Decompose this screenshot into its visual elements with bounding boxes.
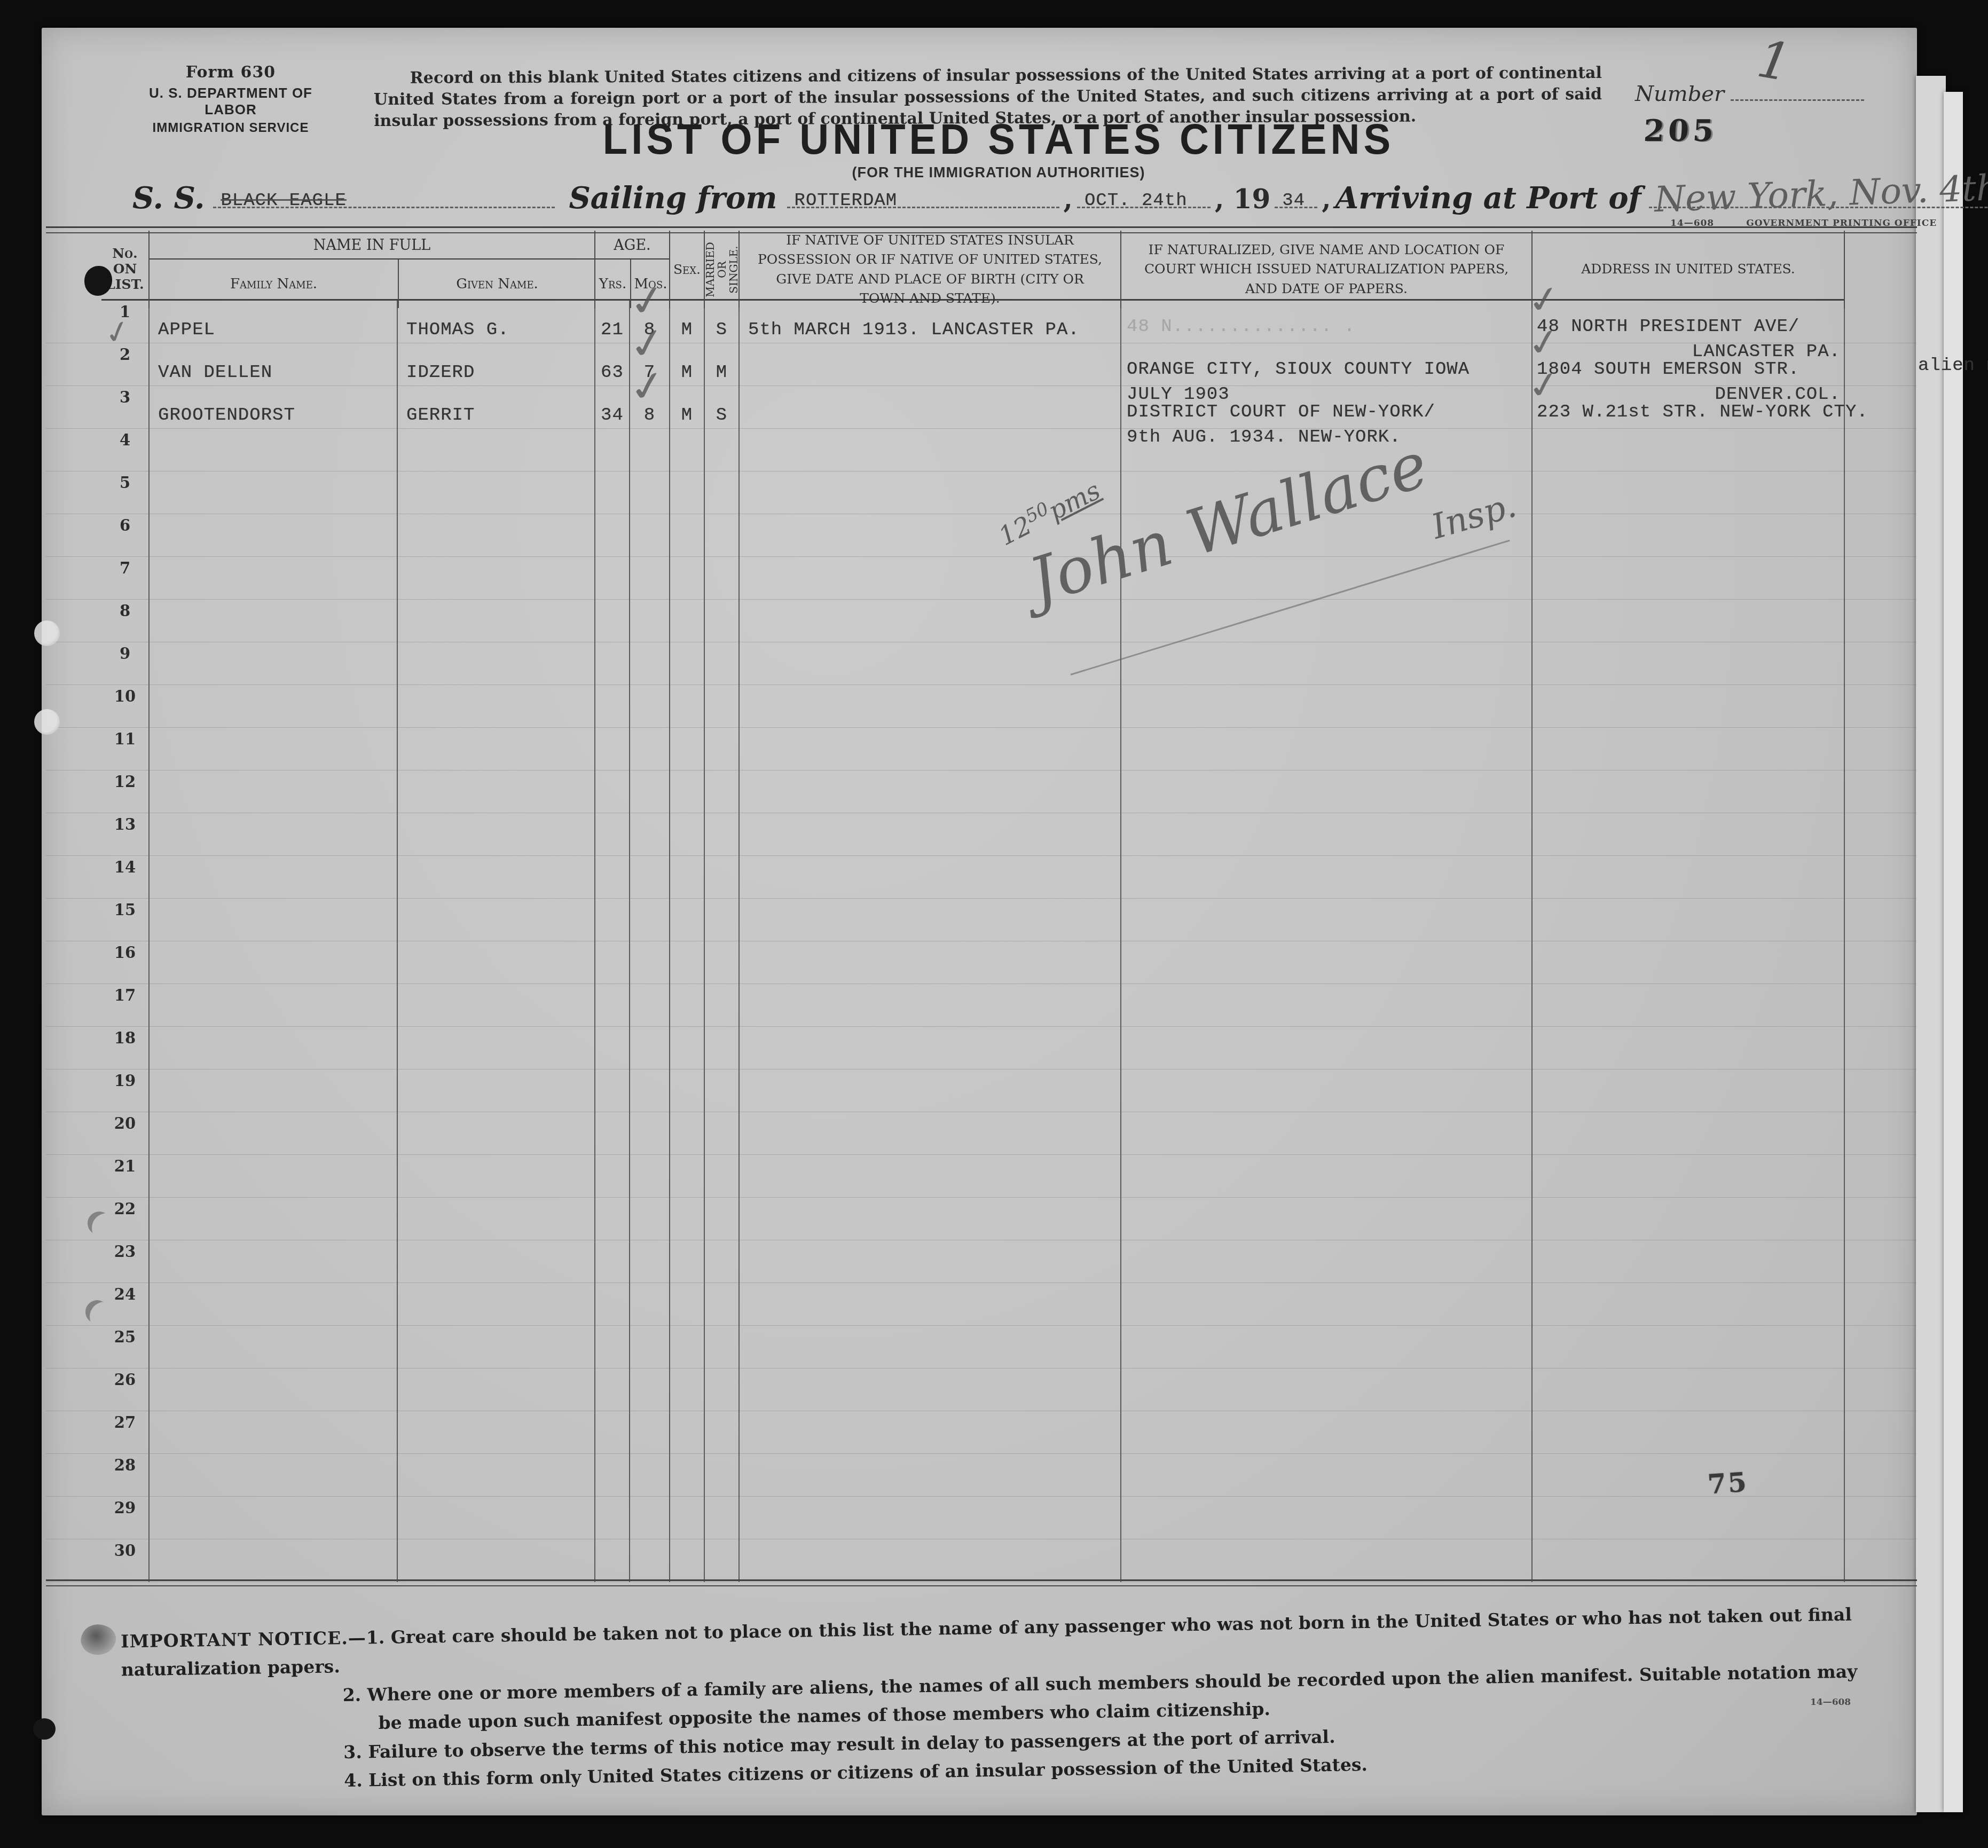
cell-given [398, 1112, 595, 1155]
cell-ms [705, 1369, 740, 1411]
cell-nat [1121, 1539, 1533, 1582]
row-number: 15 [101, 901, 148, 919]
cell-addr [1533, 1027, 1845, 1070]
cell-no: 30 [101, 1539, 150, 1582]
cell-given [398, 471, 595, 514]
cell-given [398, 642, 595, 685]
birth-value: 5th MARCH 1913. LANCASTER PA. [748, 320, 1080, 340]
cell-no: 19 [101, 1070, 150, 1112]
cell-addr: ✓48 NORTH PRESIDENT AVE/LANCASTER PA. [1533, 301, 1845, 343]
row-number: 10 [101, 687, 148, 705]
cell-ms [705, 1411, 740, 1454]
cell-birth [740, 856, 1121, 899]
cell-mos [630, 1070, 670, 1112]
cell-no: 28 [101, 1454, 150, 1497]
cell-family [150, 557, 398, 600]
row-number: 4 [101, 431, 148, 449]
cell-sex: M [670, 386, 705, 429]
header-age-group: AGE. Yrs. Mos. [595, 231, 670, 308]
cell-nat [1121, 984, 1533, 1027]
cell-nat: ORANGE CITY, SIOUX COUNTY IOWA JULY 1903 [1121, 343, 1533, 386]
cell-family: GROOTENDORST [150, 386, 398, 429]
header-name-in-full: NAME IN FULL [150, 231, 594, 259]
row-number: 6 [101, 516, 148, 534]
header-married-or-single: MARRIED OR SINGLE. [705, 231, 740, 308]
cell-birth: 5th MARCH 1913. LANCASTER PA. [740, 301, 1121, 343]
cell-ms [705, 1283, 740, 1326]
cell-addr [1533, 1454, 1845, 1497]
comma-2: , [1317, 183, 1335, 215]
cell-given [398, 1369, 595, 1411]
cell-sex [670, 813, 705, 856]
cell-mos [630, 1539, 670, 1582]
cell-birth [740, 685, 1121, 728]
header-naturalization: IF NATURALIZED, GIVE NAME AND LOCATION O… [1121, 231, 1533, 308]
cell-ms [705, 856, 740, 899]
table-row: 5 [101, 471, 1845, 514]
cell-mos [630, 1411, 670, 1454]
table-row: 1APPELTHOMAS G.218✓MS5th MARCH 1913. LAN… [101, 301, 1845, 343]
cell-mos: 8✓ [630, 386, 670, 429]
cell-no: 17 [101, 984, 150, 1027]
ship-name: BLACK EAGLE [221, 191, 346, 211]
cell-no: 11 [101, 728, 150, 770]
table-row: 29 [101, 1497, 1845, 1539]
cell-given [398, 1070, 595, 1112]
cell-mos [630, 514, 670, 557]
cell-mos: 8✓ [630, 301, 670, 343]
cell-family: APPEL [150, 301, 398, 343]
cell-addr [1533, 899, 1845, 941]
sex-value: M [670, 405, 704, 426]
cell-family [150, 941, 398, 984]
yrs-value: 34 [595, 405, 629, 426]
cell-addr [1533, 1497, 1845, 1539]
table-row: 21 [101, 1155, 1845, 1198]
cell-birth [740, 1539, 1121, 1582]
cell-given [398, 1240, 595, 1283]
header-sex: Sex. [670, 231, 705, 308]
cell-sex [670, 685, 705, 728]
cell-mos [630, 1283, 670, 1326]
cell-yrs [595, 1454, 630, 1497]
row-number: 12 [101, 773, 148, 791]
row-number: 13 [101, 815, 148, 833]
cell-ms [705, 899, 740, 941]
cell-nat [1121, 941, 1533, 984]
cell-family [150, 856, 398, 899]
next-page-text-fragment: alien m [1918, 357, 1966, 375]
cell-addr [1533, 984, 1845, 1027]
printing-office-code-bottom: 14—608 [1810, 1697, 1851, 1708]
table-row: 7 [101, 557, 1845, 600]
cell-sex [670, 1240, 705, 1283]
cell-family [150, 642, 398, 685]
cell-birth [740, 728, 1121, 770]
cell-no: 23 [101, 1240, 150, 1283]
cell-birth [740, 941, 1121, 984]
cell-yrs [595, 1112, 630, 1155]
cell-sex [670, 600, 705, 642]
cell-family [150, 514, 398, 557]
scanned-manifest-page: { "colors":{ "background":"#0c0c0c", "pa… [0, 0, 1988, 1848]
cell-sex [670, 1411, 705, 1454]
cell-ms [705, 1027, 740, 1070]
cell-sex [670, 1454, 705, 1497]
cell-ms [705, 1112, 740, 1155]
cell-nat [1121, 1070, 1533, 1112]
cell-yrs [595, 1283, 630, 1326]
cell-sex: M [670, 301, 705, 343]
ship-name-blank: BLACK EAGLE [213, 183, 555, 208]
table-row: 17 [101, 984, 1845, 1027]
cell-mos [630, 941, 670, 984]
cell-family [150, 471, 398, 514]
cell-birth [740, 429, 1121, 471]
table-row: 9 [101, 642, 1845, 685]
important-notice: IMPORTANT NOTICE.—1. Great care should b… [121, 1600, 1864, 1798]
year-prefix: , 19 [1211, 183, 1275, 215]
cell-no: 10 [101, 685, 150, 728]
table-row: 27 [101, 1411, 1845, 1454]
cell-addr [1533, 728, 1845, 770]
cell-no: 5 [101, 471, 150, 514]
comma: , [1059, 183, 1077, 215]
header-age: AGE. [595, 231, 669, 259]
service-name: IMMIGRATION SERVICE [135, 121, 327, 136]
row-number: 19 [101, 1072, 148, 1090]
cell-addr [1533, 1411, 1845, 1454]
page-title: LIST OF UNITED STATES CITIZENS [566, 115, 1431, 163]
cell-yrs [595, 471, 630, 514]
table-row: 26 [101, 1369, 1845, 1411]
punch-hole [34, 709, 60, 735]
given-value: GERRIT [406, 405, 475, 426]
cell-birth [740, 1326, 1121, 1369]
table-row: 15 [101, 899, 1845, 941]
cell-yrs [595, 1155, 630, 1198]
table-row: 16 [101, 941, 1845, 984]
cell-nat [1121, 1283, 1533, 1326]
cell-nat [1121, 642, 1533, 685]
cell-birth [740, 1454, 1121, 1497]
cell-given [398, 557, 595, 600]
cell-nat: 48 N.............. . [1121, 301, 1533, 343]
cell-addr [1533, 1326, 1845, 1369]
cell-given [398, 728, 595, 770]
cell-ms: S [705, 386, 740, 429]
cell-yrs [595, 1240, 630, 1283]
cell-birth [740, 1497, 1121, 1539]
cell-ms [705, 514, 740, 557]
cell-no: 26 [101, 1369, 150, 1411]
cell-ms [705, 600, 740, 642]
cell-addr [1533, 1240, 1845, 1283]
cell-nat [1121, 1112, 1533, 1155]
header-name-group: NAME IN FULL Family Name. Given Name. [150, 231, 595, 308]
cell-addr [1533, 1070, 1845, 1112]
row-number: 18 [101, 1029, 148, 1047]
row-number: 11 [101, 730, 148, 748]
cell-addr [1533, 685, 1845, 728]
number-label: Number [1635, 82, 1724, 106]
cell-no: 8 [101, 600, 150, 642]
sailing-year-blank: 34 [1275, 183, 1317, 208]
cell-addr [1533, 813, 1845, 856]
family-value: VAN DELLEN [158, 363, 272, 383]
cell-mos [630, 1497, 670, 1539]
row-number: 23 [101, 1243, 148, 1261]
cell-sex [670, 1369, 705, 1411]
naturalization-line: DISTRICT COURT OF NEW-YORK/ [1127, 400, 1528, 425]
page-subtitle: (FOR THE IMMIGRATION AUTHORITIES) [566, 164, 1431, 181]
cell-mos [630, 471, 670, 514]
table-row: 6 [101, 514, 1845, 557]
cell-addr [1533, 1539, 1845, 1582]
under-page-edge [1916, 76, 1946, 1812]
cell-family [150, 1027, 398, 1070]
cell-birth [740, 1155, 1121, 1198]
table-row: 23 [101, 1240, 1845, 1283]
cell-mos [630, 984, 670, 1027]
cell-yrs [595, 941, 630, 984]
family-value: APPEL [158, 320, 215, 340]
table-row: 20 [101, 1112, 1845, 1155]
mos-value: 8 [630, 320, 669, 340]
cell-addr [1533, 770, 1845, 813]
cell-addr [1533, 471, 1845, 514]
row-number: 24 [101, 1285, 148, 1303]
cell-yrs [595, 600, 630, 642]
table-row: 12 [101, 770, 1845, 813]
cell-yrs: 34 [595, 386, 630, 429]
cell-sex [670, 1283, 705, 1326]
cell-given [398, 600, 595, 642]
cell-sex [670, 941, 705, 984]
cell-family [150, 1411, 398, 1454]
cell-no: 27 [101, 1411, 150, 1454]
cell-mos [630, 1240, 670, 1283]
cell-given [398, 941, 595, 984]
cell-no: 4 [101, 429, 150, 471]
cell-sex [670, 471, 705, 514]
form-identification: Form 630 U. S. DEPARTMENT OF LABOR IMMIG… [135, 63, 327, 136]
cell-yrs [595, 642, 630, 685]
cell-family [150, 685, 398, 728]
naturalization-line: ORANGE CITY, SIOUX COUNTY IOWA [1127, 357, 1528, 382]
cell-nat [1121, 1497, 1533, 1539]
voyage-line: S. S. BLACK EAGLE Sailing from ROTTERDAM… [132, 180, 1988, 216]
cell-family [150, 899, 398, 941]
cell-birth [740, 813, 1121, 856]
cell-no: 15 [101, 899, 150, 941]
cell-addr [1533, 600, 1845, 642]
cell-yrs [595, 1411, 630, 1454]
punch-hole [92, 1213, 122, 1243]
cell-ms [705, 642, 740, 685]
cell-family [150, 1326, 398, 1369]
cell-ms [705, 1497, 740, 1539]
row-number: 16 [101, 943, 148, 962]
cell-sex [670, 1497, 705, 1539]
cell-no: 20 [101, 1112, 150, 1155]
cell-yrs [595, 429, 630, 471]
cell-family [150, 600, 398, 642]
sailing-date: OCT. 24th [1085, 191, 1188, 211]
cell-given [398, 984, 595, 1027]
cell-mos [630, 770, 670, 813]
cell-mos [630, 1454, 670, 1497]
yrs-value: 63 [595, 363, 629, 383]
cell-mos [630, 1027, 670, 1070]
row-number: 7 [101, 559, 148, 577]
sex-value: M [670, 363, 704, 383]
cell-nat [1121, 728, 1533, 770]
row-number: 5 [101, 474, 148, 492]
cell-addr [1533, 1112, 1845, 1155]
cell-given [398, 899, 595, 941]
cell-mos: 7✓ [630, 343, 670, 386]
arrival-blank: New York, Nov. 4th, 1934. [1649, 183, 1988, 208]
cell-family [150, 984, 398, 1027]
punch-hole [90, 1302, 120, 1332]
cell-mos [630, 728, 670, 770]
cell-given [398, 1454, 595, 1497]
table-row: 28 [101, 1454, 1845, 1497]
cell-sex [670, 429, 705, 471]
address-line: 1804 SOUTH EMERSON STR. [1537, 357, 1841, 382]
cell-no: 14 [101, 856, 150, 899]
table-body: 1APPELTHOMAS G.218✓MS5th MARCH 1913. LAN… [101, 301, 1845, 1582]
cell-nat [1121, 899, 1533, 941]
cell-birth [740, 899, 1121, 941]
arriving-label: Arriving at Port of [1335, 180, 1641, 216]
cell-nat [1121, 1326, 1533, 1369]
cell-sex [670, 1070, 705, 1112]
cell-sex [670, 899, 705, 941]
cell-sex [670, 557, 705, 600]
cell-sex [670, 1155, 705, 1198]
address-line: 48 NORTH PRESIDENT AVE/ [1537, 314, 1841, 340]
cell-yrs [595, 770, 630, 813]
form-number: Form 630 [135, 63, 327, 82]
department-name: U. S. DEPARTMENT OF LABOR [135, 85, 327, 118]
table-header: No. ON LIST. NAME IN FULL Family Name. G… [101, 231, 1845, 301]
cell-family [150, 1283, 398, 1326]
family-value: GROOTENDORST [158, 405, 295, 426]
cell-family [150, 1369, 398, 1411]
cell-yrs [595, 856, 630, 899]
cell-yrs [595, 1027, 630, 1070]
sailing-date-blank: OCT. 24th [1077, 183, 1211, 208]
cell-ms [705, 1240, 740, 1283]
cell-given [398, 1497, 595, 1539]
departure-port-blank: ROTTERDAM [787, 183, 1059, 208]
notice-label: IMPORTANT NOTICE.— [121, 1627, 366, 1652]
tally-stamp: 75 [1707, 1466, 1749, 1500]
cell-yrs [595, 1539, 630, 1582]
cell-given [398, 1539, 595, 1582]
yrs-value: 21 [595, 320, 629, 340]
row-number: 26 [101, 1371, 148, 1389]
cell-nat [1121, 600, 1533, 642]
cell-family [150, 770, 398, 813]
departure-port: ROTTERDAM [795, 191, 898, 211]
naturalization-line: 9th AUG. 1934. NEW-YORK. [1127, 425, 1528, 450]
mos-value: 7 [630, 363, 669, 383]
ink-spot [33, 1718, 56, 1740]
cell-addr [1533, 514, 1845, 557]
cell-nat [1121, 685, 1533, 728]
under-page-edge-2 [1944, 92, 1963, 1812]
cell-sex [670, 1198, 705, 1240]
given-value: IDZERD [406, 363, 475, 383]
number-blank-line [1731, 81, 1864, 101]
cell-mos [630, 1369, 670, 1411]
cell-ms [705, 1454, 740, 1497]
cell-sex [670, 1326, 705, 1369]
table-row: 22 [101, 1198, 1845, 1240]
table-row: 14 [101, 856, 1845, 899]
row-number: 27 [101, 1413, 148, 1432]
cell-addr [1533, 429, 1845, 471]
cell-nat [1121, 1454, 1533, 1497]
cell-given [398, 856, 595, 899]
cell-given [398, 1283, 595, 1326]
cell-family [150, 1112, 398, 1155]
cell-given: THOMAS G. [398, 301, 595, 343]
cell-given [398, 1027, 595, 1070]
cell-addr [1533, 1283, 1845, 1326]
cell-given [398, 813, 595, 856]
cell-no: 21 [101, 1155, 150, 1198]
cell-nat [1121, 1369, 1533, 1411]
cell-sex [670, 770, 705, 813]
cell-family [150, 1497, 398, 1539]
cell-nat [1121, 813, 1533, 856]
cell-nat [1121, 1027, 1533, 1070]
cell-ms [705, 770, 740, 813]
cell-ms [705, 813, 740, 856]
table-row: 11 [101, 728, 1845, 770]
cell-nat [1121, 1198, 1533, 1240]
cell-birth [740, 642, 1121, 685]
cell-addr [1533, 1198, 1845, 1240]
cell-addr [1533, 642, 1845, 685]
cell-birth [740, 1411, 1121, 1454]
cell-birth [740, 1369, 1121, 1411]
row-number: 30 [101, 1542, 148, 1560]
cell-addr [1533, 557, 1845, 600]
punch-hole [34, 620, 60, 646]
cell-yrs [595, 1198, 630, 1240]
row-number: 14 [101, 858, 148, 876]
cell-birth [740, 770, 1121, 813]
cell-no: 6 [101, 514, 150, 557]
cell-no: 7 [101, 557, 150, 600]
cell-ms [705, 1198, 740, 1240]
cell-given [398, 1198, 595, 1240]
address-line: 223 W.21st STR. NEW-YORK CTY. [1537, 400, 1841, 425]
cell-given [398, 429, 595, 471]
cell-ms [705, 471, 740, 514]
cell-no: 29 [101, 1497, 150, 1539]
cell-given [398, 1155, 595, 1198]
row-number: 29 [101, 1499, 148, 1517]
table-row: 10 [101, 685, 1845, 728]
cell-mos [630, 685, 670, 728]
cell-ms [705, 1070, 740, 1112]
